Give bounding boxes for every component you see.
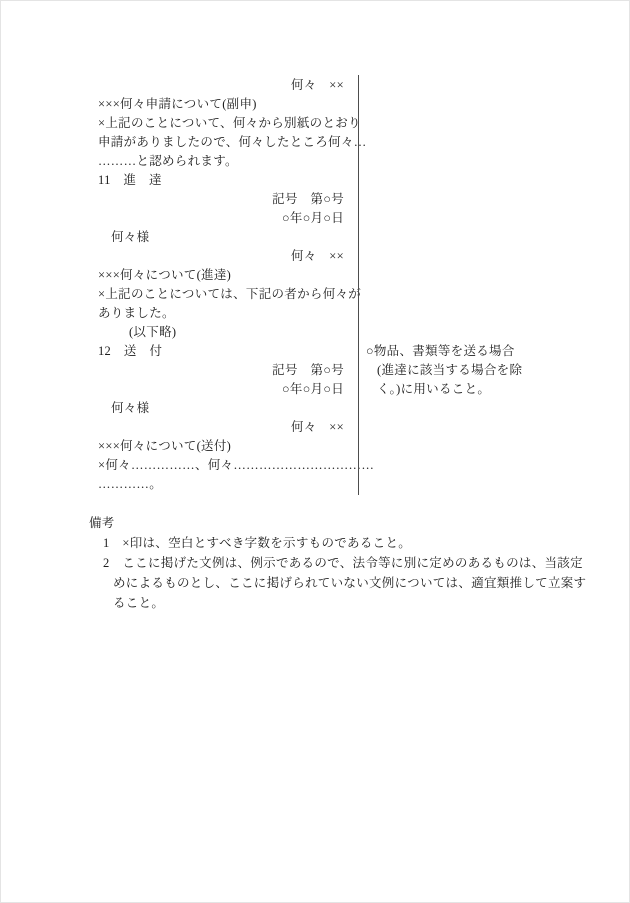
subject-line-sofu: ×××何々について(送付) <box>98 437 344 456</box>
side-annotation-line: く。)に用いること。 <box>366 380 522 399</box>
section-heading-12-sofu: 12 送 付 <box>98 342 344 361</box>
remarks-heading: 備考 <box>89 513 589 533</box>
remarks-section: 備考 1 ×印は、空白とすべき字数を示すものであること。 2 ここに掲げた文例は… <box>89 513 589 613</box>
subject-line-fukushin: ×××何々申請について(副申) <box>98 95 344 114</box>
abbreviation-note: (以下略) <box>98 323 344 342</box>
sender-name-line: 何々 ×× <box>98 418 344 437</box>
sender-name-line: 何々 ×× <box>98 247 344 266</box>
body-line: ありました。 <box>98 304 344 323</box>
addressee-line: 何々様 <box>98 228 344 247</box>
date-line: ○年○月○日 <box>98 380 344 399</box>
remark-item-2-continuation: ること。 <box>113 593 589 613</box>
side-annotation-line: ○物品、書類等を送る場合 <box>366 342 522 361</box>
side-annotation-line: (進達に該当する場合を除 <box>366 361 522 380</box>
subject-line-shintatsu: ×××何々について(進達) <box>98 266 344 285</box>
body-line: ………と認められます。 <box>98 152 344 171</box>
letter-examples-column: 何々 ×× ×××何々申請について(副申) ×上記のことについて、何々から別紙の… <box>98 76 344 494</box>
remark-item-2: 2 ここに掲げた文例は、例示であるので、法令等に別に定めのあるものは、当該定 <box>103 553 589 573</box>
body-line: 申請がありましたので、何々したところ何々… <box>98 133 344 152</box>
addressee-line: 何々様 <box>98 399 344 418</box>
date-line: ○年○月○日 <box>98 209 344 228</box>
section-heading-11-shintatsu: 11 進 達 <box>98 171 344 190</box>
sender-name-line: 何々 ×× <box>98 76 344 95</box>
body-line: ×上記のことについて、何々から別紙のとおり <box>98 114 344 133</box>
reference-number-line: 記号 第○号 <box>98 361 344 380</box>
remark-item-1: 1 ×印は、空白とすべき字数を示すものであること。 <box>103 533 589 553</box>
reference-number-line: 記号 第○号 <box>98 190 344 209</box>
body-line: ×何々……………、何々…………………………… <box>98 456 344 475</box>
remark-item-2-continuation: めによるものとし、ここに掲げられていない文例については、適宜類推して立案す <box>113 573 589 593</box>
body-line: …………。 <box>98 475 344 494</box>
vertical-separator-rule <box>358 75 359 495</box>
side-annotation: ○物品、書類等を送る場合 (進達に該当する場合を除 く。)に用いること。 <box>366 342 522 399</box>
document-page: 何々 ×× ×××何々申請について(副申) ×上記のことについて、何々から別紙の… <box>0 0 630 903</box>
body-line: ×上記のことについては、下記の者から何々が <box>98 285 344 304</box>
